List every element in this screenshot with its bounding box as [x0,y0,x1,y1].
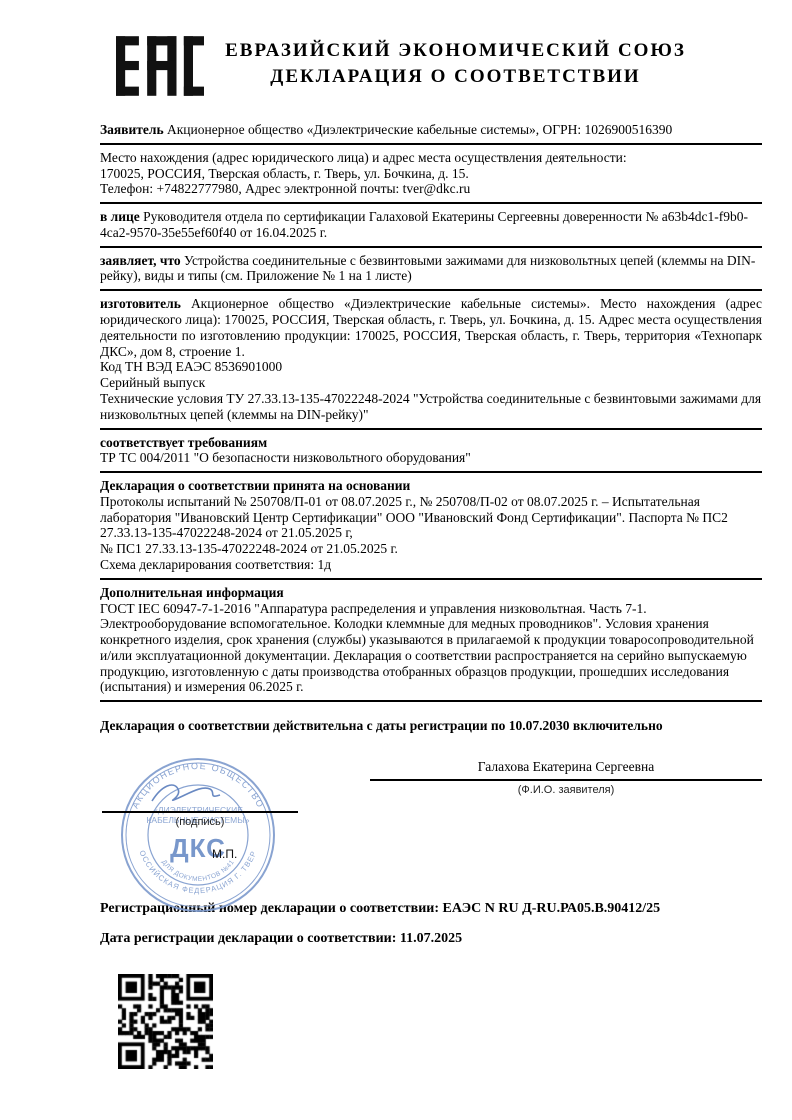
declaration-scheme: Схема декларирования соответствия: 1д [100,557,762,573]
divider [100,700,762,702]
tnved-code: Код ТН ВЭД ЕАЭС 8536901000 [100,359,762,375]
compliance-section: соответствует требованиям ТР ТС 004/2011… [100,433,762,469]
representative-text: Руководителя отдела по сертификации Гала… [100,209,748,240]
compliance-heading: соответствует требованиям [100,435,762,451]
applicant-fio: Галахова Екатерина Сергеевна [370,759,762,781]
basis-protocols: Протоколы испытаний № 250708/П-01 от 08.… [100,494,762,541]
compliance-text: ТР ТС 004/2011 "О безопасности низковоль… [100,450,762,466]
applicant-label: Заявитель [100,122,164,137]
registration-number-value: ЕАЭС N RU Д-RU.РА05.В.90412/25 [443,901,661,916]
registration-date-value: 11.07.2025 [400,931,462,946]
basis-passport: № ПС1 27.33.13-135-47022248-2024 от 21.0… [100,541,762,557]
declares-label: заявляет, что [100,253,181,268]
document-title: ЕВРАЗИЙСКИЙ ЭКОНОМИЧЕСКИЙ СОЮЗ ДЕКЛАРАЦИ… [204,34,762,89]
applicant-text: Акционерное общество «Диэлектрические ка… [167,122,672,137]
registration-date-line: Дата регистрации декларации о соответств… [100,931,762,947]
declares-row: заявляет, что Устройства соединительные … [100,251,762,287]
applicant-row: Заявитель Акционерное общество «Диэлектр… [100,120,762,140]
additional-info-text: ГОСТ IEC 60947-7-1-2016 "Аппаратура расп… [100,601,762,696]
divider [100,289,762,291]
representative-label: в лице [100,209,140,224]
basis-section: Декларация о соответствии принята на осн… [100,476,762,575]
divider [100,428,762,430]
title-line-1: ЕВРАЗИЙСКИЙ ЭКОНОМИЧЕСКИЙ СОЮЗ [204,38,707,64]
location-line-3: Телефон: +74822777980, Адрес электронной… [100,181,762,197]
serial-release: Серийный выпуск [100,375,762,391]
declares-text: Устройства соединительные с безвинтовыми… [100,253,755,284]
location-row: Место нахождения (адрес юридического лиц… [100,148,762,199]
signature-block: АКЦИОНЕРНОЕ ОБЩЕСТВО РОССИЙСКАЯ ФЕДЕРАЦИ… [100,747,762,895]
title-line-2: ДЕКЛАРАЦИЯ О СООТВЕТСТВИИ [204,64,707,90]
signature-caption: (подпись) [102,813,298,829]
additional-info-heading: Дополнительная информация [100,585,762,601]
declaration-document: ЕВРАЗИЙСКИЙ ЭКОНОМИЧЕСКИЙ СОЮЗ ДЕКЛАРАЦИ… [0,0,792,1120]
manufacturer-row: изготовитель Акционерное общество «Диэле… [100,294,762,424]
representative-row: в лице Руководителя отдела по сертификац… [100,207,762,243]
fio-caption: (Ф.И.О. заявителя) [370,781,762,797]
location-line-2: 170025, РОССИЯ, Тверская область, г. Тве… [100,166,762,182]
validity-statement: Декларация о соответствии действительна … [100,716,762,734]
signature-right: Галахова Екатерина Сергеевна (Ф.И.О. зая… [370,759,762,797]
eac-mark-icon [116,34,204,98]
stamp-place-label: М.П. [212,847,237,861]
document-header: ЕВРАЗИЙСКИЙ ЭКОНОМИЧЕСКИЙ СОЮЗ ДЕКЛАРАЦИ… [100,34,762,98]
additional-info-section: Дополнительная информация ГОСТ IEC 60947… [100,583,762,697]
qr-code-container [118,974,762,1073]
location-line-1: Место нахождения (адрес юридического лиц… [100,150,762,166]
divider [100,143,762,145]
divider [100,471,762,473]
signature-left: (подпись) [102,775,298,829]
divider [100,246,762,248]
basis-heading: Декларация о соответствии принята на осн… [100,478,762,494]
manufacturer-label: изготовитель [100,296,181,311]
divider [100,578,762,580]
divider [100,202,762,204]
technical-conditions: Технические условия ТУ 27.33.13-135-4702… [100,391,762,423]
registration-date-label: Дата регистрации декларации о соответств… [100,931,396,946]
qr-code [118,974,213,1069]
signature-line [102,775,298,813]
manufacturer-text: Акционерное общество «Диэлектрические ка… [100,296,762,358]
